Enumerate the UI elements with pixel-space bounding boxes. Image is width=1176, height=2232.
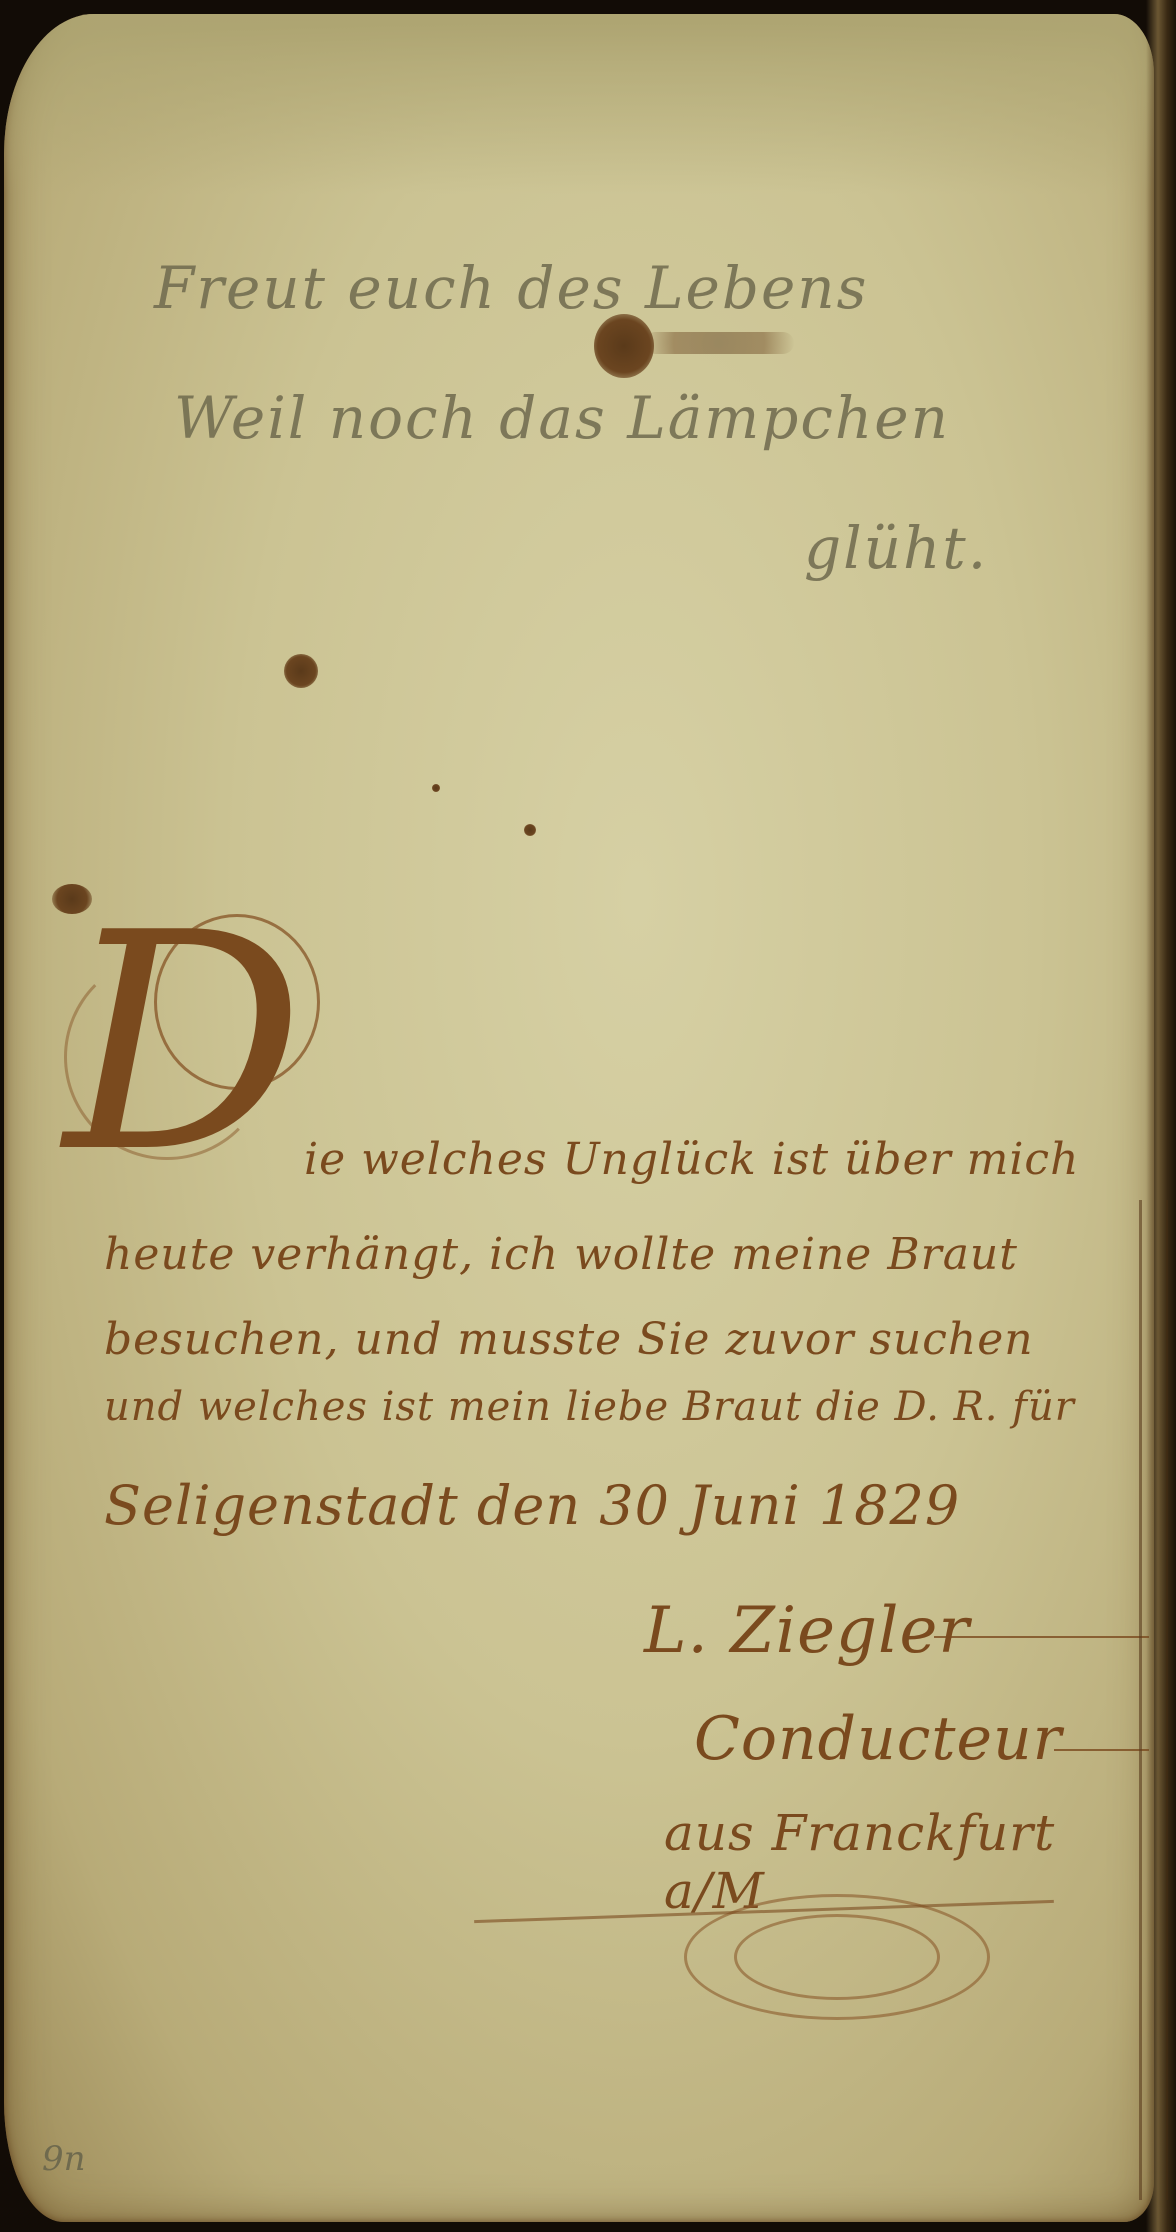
ink-smear [644,332,794,354]
ink-dot [432,784,440,792]
manuscript-page: Freut euch des Lebens Weil noch das Lämp… [4,14,1154,2222]
title-rule [1054,1749,1149,1751]
entry-line-2: heute verhängt, ich wollte meine Braut [104,1229,1018,1280]
drop-cap: D [64,894,305,1194]
signature-name: L. Ziegler [644,1594,970,1668]
entry-line-3: besuchen, und musste Sie zuvor suchen [104,1314,1034,1365]
signature-title: Conducteur [694,1704,1062,1774]
pencil-line-1: Freut euch des Lebens [154,254,868,322]
pencil-line-3: glüht. [804,514,988,582]
pencil-line-2: Weil noch das Lämpchen [174,384,950,452]
paraph-flourish [734,1914,940,2000]
entry-line-1: ie welches Unglück ist über mich [304,1134,1079,1185]
signature-rule [934,1636,1149,1638]
margin-note: 9n [42,2139,86,2179]
place-date: Seligenstadt den 30 Juni 1829 [104,1474,960,1537]
ink-blot [284,654,318,688]
page-top-shade [4,14,1154,194]
page-stack-edges [1139,1200,1168,2200]
ink-dot [524,824,536,836]
entry-line-4: und welches ist mein liebe Braut die D. … [104,1384,1075,1430]
